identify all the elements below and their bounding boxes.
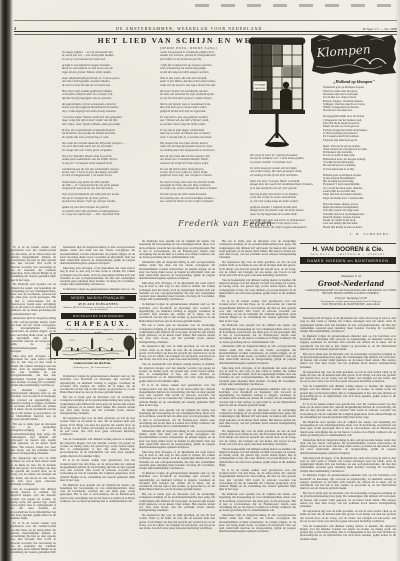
poem-tercet: 't Zijn die in duisternis op morgen wach… — [160, 64, 245, 74]
klompen-banner-illustration: Klompen — [310, 33, 397, 76]
body-paragraph: De najaarszon ligt over de stille gracht… — [219, 430, 296, 446]
ad-groot-publisher: VAN HOLKEMA & WARENDORF, Amsterdam — [303, 303, 399, 306]
body-column-1: Er is in de laatste weken veel geschreve… — [10, 246, 56, 554]
body-paragraph: Intusschen lijdt de burgerbevolking in a… — [139, 261, 215, 281]
body-paragraph: De Duitsche nota spreekt van de vrijheid… — [10, 283, 56, 316]
body-paragraph: Van de boekentafel valt ditmaal weinig n… — [10, 488, 56, 521]
body-paragraph: Er is in de laatste weken veel geschreve… — [10, 246, 56, 282]
cartoon-illustration — [50, 333, 136, 359]
body-paragraph: Bij ons te lande gaat de discussie over … — [139, 493, 215, 513]
poem-tercet: die glansvloden, bij het wonnepunt, ontr… — [62, 103, 152, 113]
ad-dooren-name: H. VAN DOOREN & Cie. — [300, 246, 396, 253]
cartoon-caption-line2: vredesvoorstel van den Paus — [45, 362, 139, 366]
body-paragraph: Van de boekentafel valt ditmaal weinig n… — [300, 385, 396, 401]
poem-tercet: maar diepbedroefd geschreid, en 't nieuw… — [62, 77, 152, 87]
poem-column-b: wordt Uw gemoed in vreedzaam glijden lic… — [160, 51, 245, 213]
body-paragraph: De najaarszon ligt over de stille gracht… — [10, 457, 56, 486]
body-paragraph: De najaarszon ligt over de stille gracht… — [300, 510, 396, 523]
body-paragraph: Van de boekentafel valt ditmaal weinig n… — [300, 525, 396, 541]
body-paragraph: In Rusland volgen de gebeurtenissen elka… — [300, 335, 396, 351]
body-paragraph: De Duitsche nota spreekt van de vrijheid… — [300, 421, 396, 437]
body-paragraph: De najaarszon ligt over de stille gracht… — [300, 371, 396, 384]
ad-modes-chapeaux-title: CHAPEAUX. — [61, 320, 136, 328]
body-paragraph: Er is in de laatste weken veel geschreve… — [10, 522, 56, 554]
body-paragraph: Bij ons te lande gaat de discussie over … — [139, 324, 215, 344]
right-poem-title: „Holland op klompen" — [311, 79, 397, 84]
body-paragraph: Van de boekentafel valt ditmaal weinig n… — [139, 363, 215, 383]
poem-tercet: gelijk de moeder 't slapend moede kind d… — [250, 206, 318, 216]
body-paragraph: Intusschen lijdt de burgerbevolking in a… — [60, 246, 135, 266]
poem-column-c: Zoo zong ik voort in 't dalend avonduur,… — [250, 154, 318, 230]
body-paragraph: Men mag zich afvragen, of de diplomatie … — [139, 282, 215, 302]
poem-tercet: De stilte kwam de moede ziel bevrijden v… — [250, 167, 318, 177]
body-paragraph: De Duitsche nota spreekt van de vrijheid… — [139, 409, 215, 429]
body-paragraph: In Rusland volgen de gebeurtenissen elka… — [300, 474, 396, 490]
right-poem-stanza: Holland gaat op klompen loopen, In den z… — [311, 174, 397, 200]
poem-tercet: Zoo zij mijn lied, dat tot den morgen ri… — [160, 155, 245, 165]
poem-tercet: wandelend aan de rots des wisselenden mo… — [62, 168, 152, 178]
poem-tercet: De dagen glijden — en Gij antwoordt niet… — [62, 51, 152, 61]
poem-tercet: mijn onverschilligheid, die stille plek … — [62, 193, 152, 203]
body-paragraph: Bij ons te lande gaat de discussie over … — [60, 396, 135, 416]
poem-tercet: Niet in den waan, die alle ziel ontwijdt… — [160, 77, 245, 87]
poem-tercet: Zoo smal de vreemde daad der drijvende s… — [62, 142, 152, 152]
body-paragraph: Er is in de laatste weken veel geschreve… — [60, 459, 135, 482]
body-paragraph: Er is in de laatste weken veel geschreve… — [139, 384, 215, 407]
poem-tercet: Want wie door 't eeuwig Wezen is bezield… — [250, 180, 318, 190]
body-paragraph: Intusschen lijdt de burgerbevolking in a… — [300, 439, 396, 455]
poem-tercet: gewijd in eeuwigheid te mogen branden, d… — [62, 64, 152, 74]
poem-tercet: 't Gewone mijner Wezens heeft zich niet … — [62, 116, 152, 126]
body-paragraph: Er is in de laatste weken veel geschreve… — [219, 300, 296, 323]
poem-tercet: opdat wij snel hem brengen het gezicht e… — [62, 206, 152, 216]
body-paragraph: Men mag zich afvragen, of de diplomatie … — [219, 367, 296, 387]
poem-tercet: Van Uwe Woorden bliezen stad en pracht, … — [62, 155, 152, 165]
ad-groot-name: Groot-Nederland — [303, 279, 399, 288]
body-paragraph: In Rusland volgen de gebeurtenissen elka… — [60, 288, 135, 291]
body-paragraph: Van de boekentafel valt ditmaal weinig n… — [60, 438, 135, 458]
right-poem-column: „Holland op klompen" Nederland gaat op k… — [311, 79, 397, 239]
poem-tercet: En wat niet is, kan nog geboren worden, … — [160, 116, 245, 126]
body-paragraph: De Duitsche nota spreekt van de vrijheid… — [219, 493, 296, 513]
ad-modes-bar2: NOUVEAUTÉS PARISIENNES — [61, 313, 136, 319]
body-column-4: Bij ons te lande gaat de discussie over … — [219, 240, 296, 554]
right-poem-signature: J. B. SCHEPERS. — [311, 232, 397, 236]
poem-tercet: En wie dit lied in stilte heeft gelezen,… — [160, 168, 245, 178]
body-paragraph: Bij ons te lande gaat de discussie over … — [300, 492, 396, 508]
right-poem-stanza: Doorgegalmd klinkt door de straten 't Kl… — [311, 115, 397, 141]
ad-modes-madame: Madame BRYSAUD informe sa clientèle qu'e… — [61, 307, 136, 313]
right-poem-stanza: Deen, Vries en de groote steden, Wien sc… — [311, 145, 397, 171]
cartoon-caption: Het antwoord der centralen op het vredes… — [45, 358, 139, 369]
body-paragraph: Men mag zich afvragen, of de diplomatie … — [300, 457, 396, 473]
window-plaque-line1: HONGAAR — [255, 84, 266, 87]
body-paragraph: In Rusland volgen de gebeurtenissen elka… — [219, 388, 296, 408]
poem-tercet: O Gij, die al mijn dagen wederhoedt, laa… — [160, 129, 245, 139]
body-paragraph: In Rusland volgen de gebeurtenissen elka… — [139, 303, 215, 323]
poem-column-a: De dagen glijden — en Gij antwoordt niet… — [62, 51, 152, 229]
poem-tercet: Wat in mij duister was en moedzwak brak,… — [160, 103, 245, 113]
body-paragraph: Intusschen lijdt de burgerbevolking in a… — [219, 514, 296, 534]
window-illustration: HONGAAR KALMPJES — [247, 36, 307, 149]
body-paragraph: In Rusland volgen de gebeurtenissen elka… — [139, 472, 215, 492]
body-paragraph: De Duitsche nota spreekt van de vrijheid… — [219, 324, 296, 344]
scan-artifact-line — [195, 4, 400, 7]
cartoon-svg — [51, 334, 135, 358]
poem-tercet: vindend den weg boven de stille tanden, … — [62, 181, 152, 191]
body-paragraph: Van de boekentafel valt ditmaal weinig n… — [219, 279, 296, 299]
body-paragraph: De najaarszon ligt over de stille gracht… — [219, 261, 296, 277]
body-column-3: De Duitsche nota spreekt van de vrijheid… — [139, 240, 215, 554]
ad-dooren-bar: DAMES HOEDEN en BONTWERKEN — [300, 257, 396, 264]
body-paragraph: De Duitsche nota spreekt van de vrijheid… — [60, 484, 135, 504]
body-paragraph: Intusschen lijdt de burgerbevolking in a… — [219, 345, 296, 365]
poem-tercet: Ik ben, als vergezellende eenzaamheid ge… — [62, 129, 152, 139]
ad-groot-nederland: Abonneert U op Groot-Nederland Letterkun… — [300, 271, 400, 309]
body-paragraph: Bij ons te lande gaat de discussie over … — [10, 423, 56, 456]
poem-tercet: Zoo leg ik dan mijn lied in Uwe handen, … — [250, 193, 318, 203]
poem-tercet: Wij mogen niet ons eigen duister kiezen,… — [160, 142, 245, 152]
ad-groot-price: Prijs per Jaargang f 12.50 — [303, 296, 399, 300]
ad-dooren-cities: DEN HAAG — AMSTERDAM — UTRECHT — [300, 253, 396, 256]
ad-groot-line1: Abonneert U op — [303, 274, 399, 278]
body-paragraph: In Rusland volgen de gebeurtenissen elka… — [10, 389, 56, 422]
body-paragraph: De najaarszon ligt over de stille gracht… — [139, 345, 215, 361]
page-header: 2 DE AMSTERDAMMER, WEEKBLAD VOOR NEDERLA… — [14, 20, 397, 31]
newspaper-page: 2 DE AMSTERDAMMER, WEEKBLAD VOOR NEDERLA… — [0, 0, 400, 561]
ad-van-dooren: H. VAN DOOREN & Cie. DEN HAAG — AMSTERDA… — [300, 243, 396, 264]
poem-tercet: Hier door mijn zwakke gedachten blikken … — [62, 90, 152, 100]
poem-tercet: De nacht is lang, doch aan het eind der … — [160, 181, 245, 191]
poem-tercet: En klinkt mijn stem ook schor en onbekwa… — [250, 219, 318, 229]
body-column-5: Men mag zich afvragen, of de diplomatie … — [300, 317, 396, 554]
window-illustration-svg: HONGAAR KALMPJES — [247, 36, 307, 149]
poem-tercet: wordt Uw gemoed in vreedzaam glijden lic… — [160, 51, 245, 61]
right-poem-stanza: Nederland gaat op klompen loopen, Wind e… — [311, 86, 397, 112]
body-paragraph: Men mag zich afvragen, of de diplomatie … — [139, 451, 215, 471]
body-paragraph: Bij ons te lande gaat de discussie over … — [300, 353, 396, 369]
body-paragraph: Bij ons te lande gaat de discussie over … — [219, 409, 296, 429]
cartoon-caption-sub: (Teekening voor „De Amsterdammer") — [45, 366, 139, 369]
body-paragraph: Men mag zich afvragen, of de diplomatie … — [300, 317, 396, 333]
body-column-2-top: Intusschen lijdt de burgerbevolking in a… — [60, 246, 135, 291]
body-paragraph: In Rusland volgen de gebeurtenissen elka… — [60, 375, 135, 395]
poem-tercet: Zoo hoor ik door de avondstilte spreken … — [160, 90, 245, 100]
body-paragraph: De Duitsche nota spreekt van de vrijheid… — [139, 240, 215, 260]
right-poem-stanza: Doet dan mede, kleine, groote, Klept het… — [311, 203, 397, 229]
ad-modes-bar1: MODES. MAISON FRANÇAISE. — [61, 295, 136, 301]
body-paragraph: Intusschen lijdt de burgerbevolking in a… — [139, 430, 215, 450]
poem-tercet: Zoo zong ik voort in 't dalend avonduur,… — [250, 154, 318, 164]
body-paragraph: Er is in de laatste weken veel geschreve… — [219, 469, 296, 492]
banner-svg: Klompen — [310, 33, 397, 76]
body-paragraph: Er is in de laatste weken veel geschreve… — [300, 403, 396, 419]
body-paragraph: De najaarszon ligt over de stille gracht… — [139, 514, 215, 530]
poem-tercet: Tot dan zij ons de stille moed bewaard, … — [160, 193, 245, 203]
body-paragraph: Bij ons te lande gaat de discussie over … — [219, 240, 296, 260]
body-column-2-bottom: In Rusland volgen de gebeurtenissen elka… — [60, 375, 135, 554]
ad-groot-desc: Letterkundig Maandschrift voor den Neder… — [303, 289, 399, 295]
body-paragraph: Van de boekentafel valt ditmaal weinig n… — [219, 448, 296, 468]
body-paragraph: Men mag zich afvragen, of de diplomatie … — [60, 267, 135, 287]
window-plaque-line2: KALMPJES — [255, 87, 266, 90]
body-paragraph: De najaarszon ligt over de stille gracht… — [60, 417, 135, 437]
